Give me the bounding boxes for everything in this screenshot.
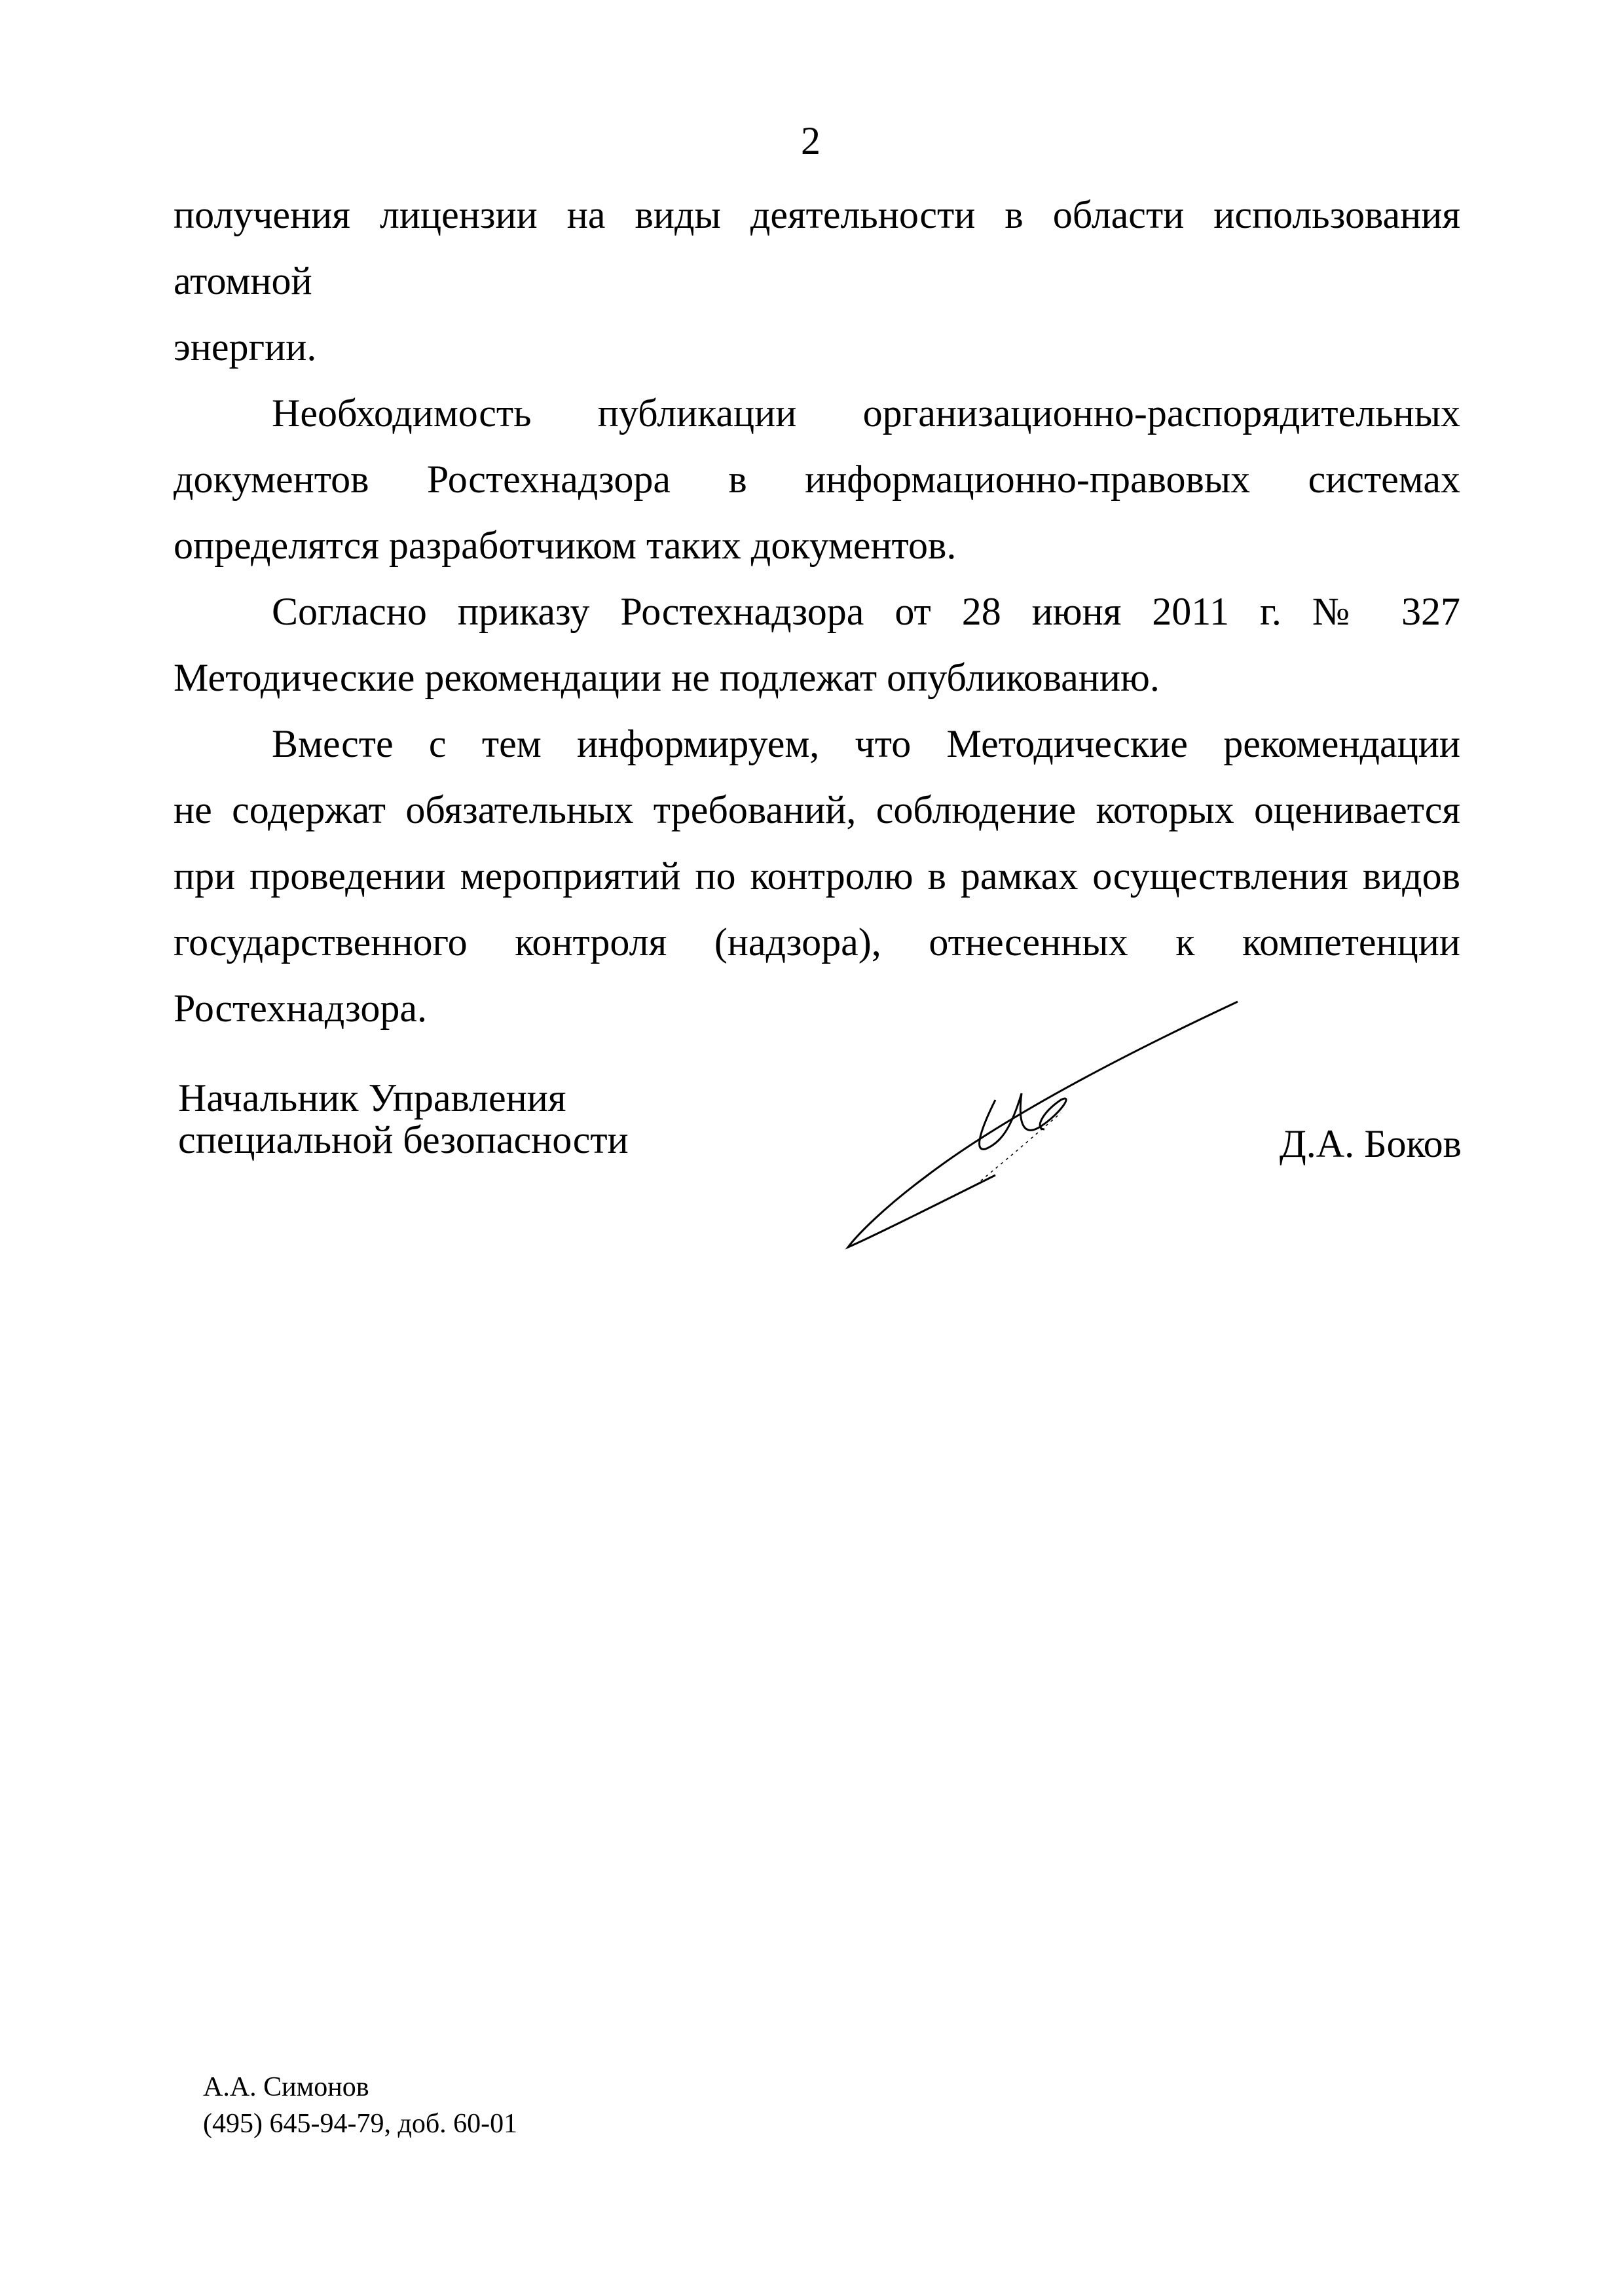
text-line: энергии. — [174, 314, 1460, 380]
executor-info: А.А. Симонов (495) 645-94-79, доб. 60-01 — [203, 2069, 517, 2142]
text-line: Вместе с тем информируем, что Методическ… — [174, 711, 1460, 777]
text-line: определятся разработчиком таких документ… — [174, 513, 1460, 579]
handwritten-signature-icon — [845, 989, 1251, 1250]
executor-phone: (495) 645-94-79, доб. 60-01 — [203, 2105, 517, 2142]
executor-name: А.А. Симонов — [203, 2069, 517, 2105]
page-number: 2 — [0, 118, 1621, 164]
text-line: государственного контроля (надзора), отн… — [174, 909, 1460, 975]
position-line: специальной безопасности — [178, 1119, 629, 1161]
text-line: Необходимость публикации организационно-… — [174, 380, 1460, 446]
paragraph-1: получения лицензии на виды деятельности … — [174, 182, 1460, 380]
letter-body: получения лицензии на виды деятельности … — [174, 182, 1460, 1042]
paragraph-3: Согласно приказу Ростехнадзора от 28 июн… — [174, 579, 1460, 711]
text-line: не содержат обязательных требований, соб… — [174, 777, 1460, 843]
position-line: Начальник Управления — [178, 1077, 629, 1119]
signatory-name: Д.А. Боков — [1280, 1123, 1462, 1165]
text-line: Ростехнадзора. — [174, 975, 1460, 1042]
text-line: получения лицензии на виды деятельности … — [174, 182, 1460, 314]
text-line: при проведении мероприятий по контролю в… — [174, 843, 1460, 909]
signatory-position: Начальник Управления специальной безопас… — [178, 1077, 629, 1161]
paragraph-2: Необходимость публикации организационно-… — [174, 380, 1460, 579]
text-line: Методические рекомендации не подлежат оп… — [174, 645, 1460, 711]
paragraph-4: Вместе с тем информируем, что Методическ… — [174, 711, 1460, 1042]
text-line: Согласно приказу Ростехнадзора от 28 июн… — [174, 579, 1460, 645]
text-line: документов Ростехнадзора в информационно… — [174, 446, 1460, 513]
